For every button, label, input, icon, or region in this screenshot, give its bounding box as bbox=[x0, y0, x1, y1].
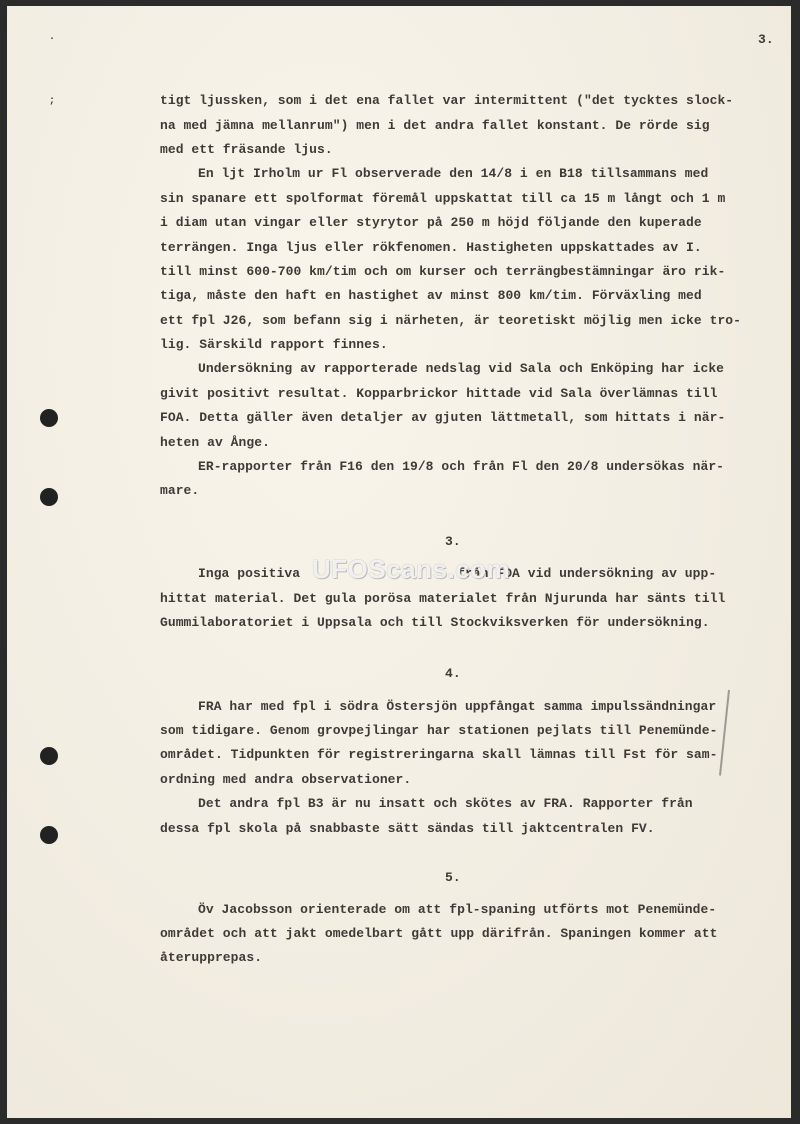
document-page: 3. · ; tigt ljussken, som i det ena fall… bbox=[7, 6, 791, 1118]
section-heading: 5. bbox=[445, 870, 461, 885]
text-line: till minst 600-700 km/tim och om kurser … bbox=[160, 264, 725, 280]
text-line: området och att jakt omedelbart gått upp… bbox=[160, 926, 717, 942]
text-line: Det andra fpl B3 är nu insatt och skötes… bbox=[198, 796, 693, 812]
text-line: mare. bbox=[160, 483, 199, 499]
text-line: ordning med andra observationer. bbox=[160, 772, 411, 788]
section-heading: 4. bbox=[445, 666, 461, 681]
section-heading: 3. bbox=[445, 534, 461, 549]
watermark: UFOScans.com bbox=[312, 554, 510, 585]
text-line: tiga, måste den haft en hastighet av min… bbox=[160, 288, 702, 304]
text-line: sin spanare ett spolformat föremål uppsk… bbox=[160, 191, 725, 207]
text-line: givit positivt resultat. Kopparbrickor h… bbox=[160, 386, 717, 402]
page-number: 3. bbox=[758, 32, 774, 47]
text-line: dessa fpl skola på snabbaste sätt sändas… bbox=[160, 821, 655, 837]
text-line: Öv Jacobsson orienterade om att fpl-span… bbox=[198, 902, 716, 918]
text-line: lig. Särskild rapport finnes. bbox=[160, 337, 388, 353]
punch-hole bbox=[40, 747, 58, 765]
text-line: ett fpl J26, som befann sig i närheten, … bbox=[160, 313, 741, 329]
text-line: Gummilaboratoriet i Uppsala och till Sto… bbox=[160, 615, 710, 631]
pencil-margin-line bbox=[719, 690, 730, 776]
text-line: som tidigare. Genom grovpejlingar har st… bbox=[160, 723, 717, 739]
punch-hole bbox=[40, 826, 58, 844]
text-line: med ett fräsande ljus. bbox=[160, 142, 333, 158]
text-line: ER-rapporter från F16 den 19/8 och från … bbox=[198, 459, 724, 475]
text-line: FOA. Detta gäller även detaljer av gjute… bbox=[160, 410, 725, 426]
margin-mark: · bbox=[49, 34, 55, 45]
margin-mark: ; bbox=[49, 96, 55, 107]
text-line: Undersökning av rapporterade nedslag vid… bbox=[198, 361, 724, 377]
text-line: na med jämna mellanrum") men i det andra… bbox=[160, 118, 710, 134]
text-line: En ljt Irholm ur Fl observerade den 14/8… bbox=[198, 166, 708, 182]
punch-hole bbox=[40, 488, 58, 506]
text-line: hittat material. Det gula porösa materia… bbox=[160, 591, 725, 607]
punch-hole bbox=[40, 409, 58, 427]
text-line: återupprepas. bbox=[160, 950, 262, 966]
text-line: heten av Ånge. bbox=[160, 435, 270, 451]
text-line: terrängen. Inga ljus eller rökfenomen. H… bbox=[160, 240, 702, 256]
text-line: FRA har med fpl i södra Östersjön uppfån… bbox=[198, 699, 716, 715]
text-line: tigt ljussken, som i det ena fallet var … bbox=[160, 93, 733, 109]
text-line: i diam utan vingar eller styrytor på 250… bbox=[160, 215, 702, 231]
text-line: området. Tidpunkten för registreringarna… bbox=[160, 747, 717, 763]
